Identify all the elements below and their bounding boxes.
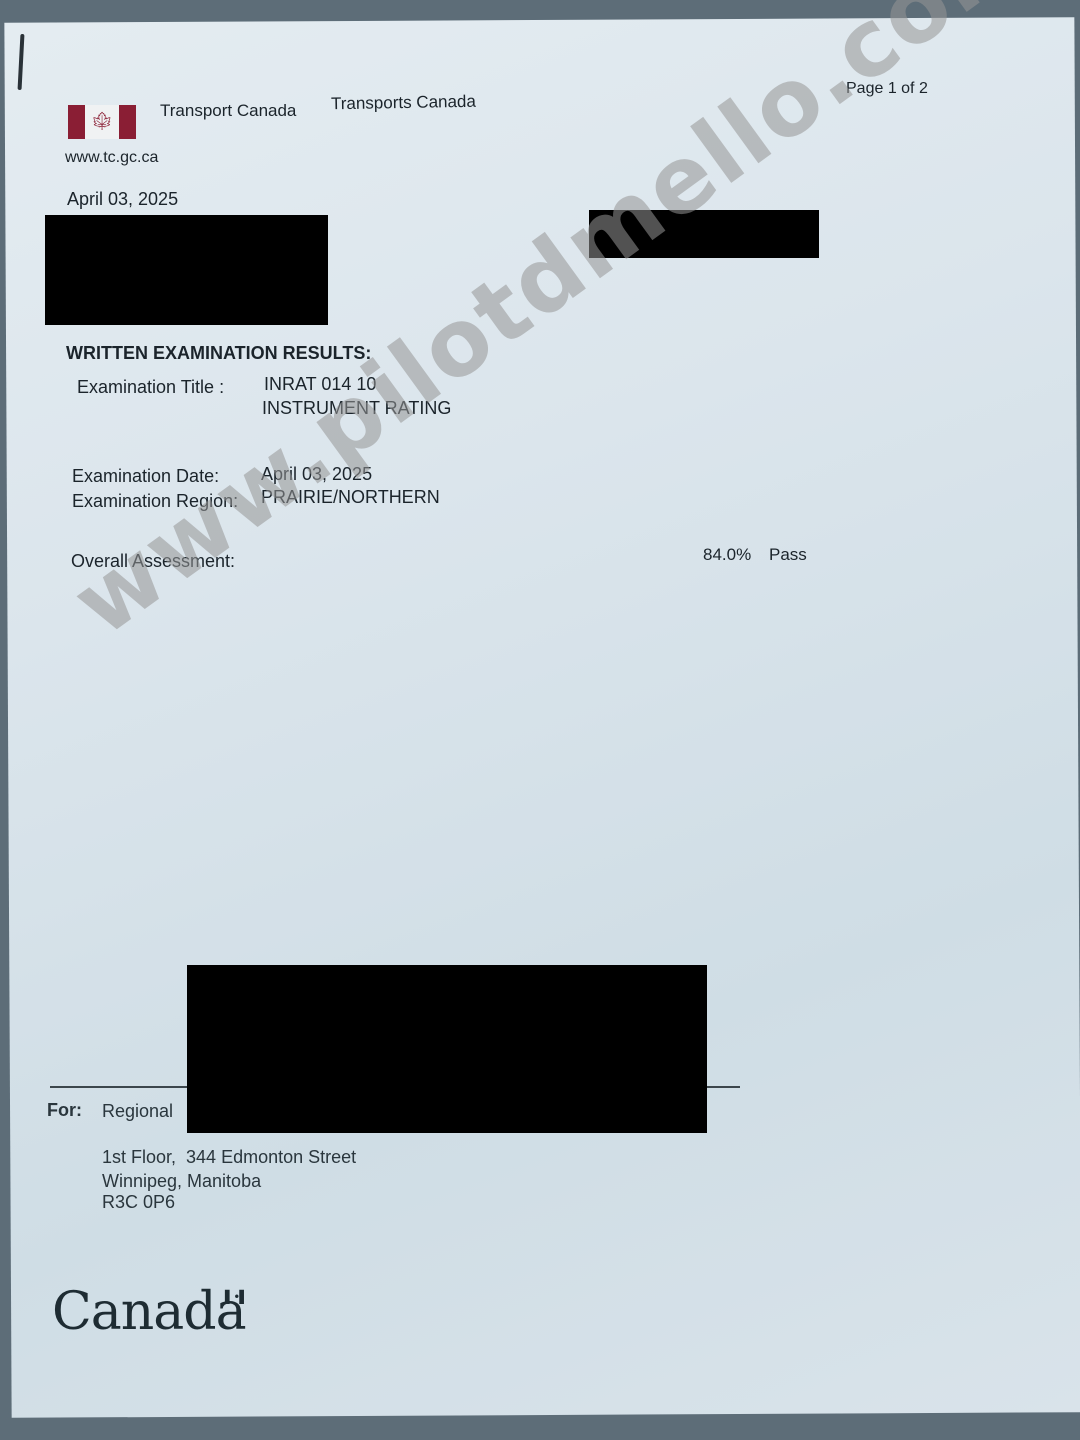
letter-date: April 03, 2025 — [67, 189, 178, 210]
canada-wordmark: Canada ▌•▌ — [52, 1282, 246, 1342]
wordmark-flag-icon: ▌•▌ — [225, 1290, 248, 1304]
redacted-recipient-block — [45, 215, 328, 325]
overall-result-status: Pass — [769, 545, 807, 565]
address-line-2: Winnipeg, Manitoba — [102, 1171, 261, 1192]
postal-code: R3C 0P6 — [102, 1192, 175, 1213]
canada-flag-icon: 🍁︎ — [68, 105, 136, 139]
overall-score: 84.0% — [703, 545, 751, 565]
results-heading: WRITTEN EXAMINATION RESULTS: — [66, 343, 371, 364]
department-name-fr: Transports Canada — [331, 92, 476, 115]
canada-wordmark-text: Canada — [52, 1282, 246, 1342]
website-link: www.tc.gc.ca — [65, 149, 158, 167]
department-name-en: Transport Canada — [160, 101, 296, 121]
for-label: For: — [47, 1100, 82, 1121]
for-value: Regional — [102, 1101, 173, 1122]
address-line-1: 1st Floor, 344 Edmonton Street — [102, 1147, 356, 1168]
exam-title-label: Examination Title : — [77, 377, 224, 398]
redacted-signature-block — [187, 965, 707, 1133]
